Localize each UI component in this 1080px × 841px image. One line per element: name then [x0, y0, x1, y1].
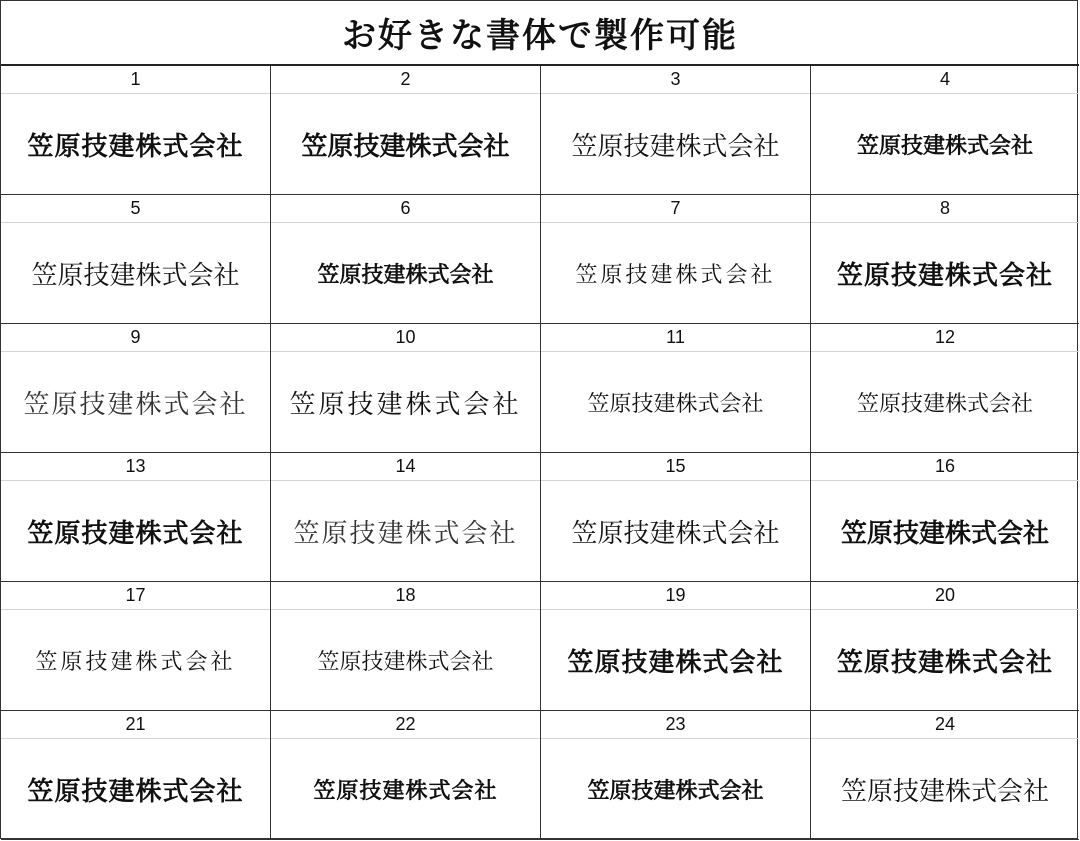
font-sample-cell: 19笠原技建株式会社: [541, 582, 811, 711]
sample-text: 笠原技建株式会社: [1, 739, 270, 839]
font-sample-cell: 3笠原技建株式会社: [541, 66, 811, 195]
font-sample-cell: 12笠原技建株式会社: [811, 324, 1079, 453]
sample-number: 16: [811, 453, 1079, 481]
font-sample-cell: 8笠原技建株式会社: [811, 195, 1079, 324]
sample-number: 17: [1, 582, 270, 610]
sample-number: 4: [811, 66, 1079, 94]
sample-number: 2: [271, 66, 540, 94]
font-sample-cell: 5笠原技建株式会社: [1, 195, 271, 324]
sample-number: 20: [811, 582, 1079, 610]
sample-text: 笠原技建株式会社: [271, 352, 540, 452]
sample-text: 笠原技建株式会社: [271, 223, 540, 323]
sample-text: 笠原技建株式会社: [811, 94, 1079, 194]
sample-number: 10: [271, 324, 540, 352]
font-sample-sheet: お好きな書体で製作可能 1笠原技建株式会社2笠原技建株式会社3笠原技建株式会社4…: [0, 0, 1078, 839]
sample-number: 5: [1, 195, 270, 223]
sample-number: 8: [811, 195, 1079, 223]
font-sample-cell: 22笠原技建株式会社: [271, 711, 541, 840]
sample-text: 笠原技建株式会社: [1, 223, 270, 323]
font-sample-cell: 14笠原技建株式会社: [271, 453, 541, 582]
font-sample-cell: 16笠原技建株式会社: [811, 453, 1079, 582]
sample-text: 笠原技建株式会社: [811, 739, 1079, 839]
font-sample-cell: 18笠原技建株式会社: [271, 582, 541, 711]
title-text: お好きな書体で製作可能: [342, 8, 738, 57]
sample-text: 笠原技建株式会社: [1, 481, 270, 581]
sample-text: 笠原技建株式会社: [811, 481, 1079, 581]
sample-text: 笠原技建株式会社: [271, 739, 540, 839]
font-sample-cell: 9笠原技建株式会社: [1, 324, 271, 453]
sample-number: 6: [271, 195, 540, 223]
font-sample-cell: 23笠原技建株式会社: [541, 711, 811, 840]
font-sample-cell: 21笠原技建株式会社: [1, 711, 271, 840]
sample-text: 笠原技建株式会社: [271, 94, 540, 194]
sample-text: 笠原技建株式会社: [541, 610, 810, 710]
sample-text: 笠原技建株式会社: [811, 610, 1079, 710]
sample-text: 笠原技建株式会社: [811, 352, 1079, 452]
sample-text: 笠原技建株式会社: [1, 352, 270, 452]
sample-number: 13: [1, 453, 270, 481]
sample-text: 笠原技建株式会社: [811, 223, 1079, 323]
font-sample-cell: 6笠原技建株式会社: [271, 195, 541, 324]
sample-text: 笠原技建株式会社: [271, 610, 540, 710]
font-sample-cell: 7笠原技建株式会社: [541, 195, 811, 324]
sample-text: 笠原技建株式会社: [541, 223, 810, 323]
font-sample-cell: 17笠原技建株式会社: [1, 582, 271, 711]
font-sample-grid: 1笠原技建株式会社2笠原技建株式会社3笠原技建株式会社4笠原技建株式会社5笠原技…: [1, 66, 1079, 840]
font-sample-cell: 15笠原技建株式会社: [541, 453, 811, 582]
sample-number: 19: [541, 582, 810, 610]
sample-number: 9: [1, 324, 270, 352]
sample-text: 笠原技建株式会社: [541, 352, 810, 452]
font-sample-cell: 11笠原技建株式会社: [541, 324, 811, 453]
sample-text: 笠原技建株式会社: [541, 94, 810, 194]
font-sample-cell: 20笠原技建株式会社: [811, 582, 1079, 711]
font-sample-cell: 13笠原技建株式会社: [1, 453, 271, 582]
sample-text: 笠原技建株式会社: [1, 94, 270, 194]
sample-number: 15: [541, 453, 810, 481]
sample-number: 24: [811, 711, 1079, 739]
font-sample-cell: 1笠原技建株式会社: [1, 66, 271, 195]
sheet-title: お好きな書体で製作可能: [1, 1, 1079, 66]
sample-text: 笠原技建株式会社: [1, 610, 270, 710]
sample-number: 7: [541, 195, 810, 223]
font-sample-cell: 4笠原技建株式会社: [811, 66, 1079, 195]
sample-number: 12: [811, 324, 1079, 352]
font-sample-cell: 2笠原技建株式会社: [271, 66, 541, 195]
sample-number: 22: [271, 711, 540, 739]
sample-number: 14: [271, 453, 540, 481]
font-sample-cell: 10笠原技建株式会社: [271, 324, 541, 453]
sample-number: 1: [1, 66, 270, 94]
sample-text: 笠原技建株式会社: [541, 739, 810, 839]
sample-number: 23: [541, 711, 810, 739]
sample-number: 11: [541, 324, 810, 352]
font-sample-cell: 24笠原技建株式会社: [811, 711, 1079, 840]
sample-number: 21: [1, 711, 270, 739]
sample-text: 笠原技建株式会社: [271, 481, 540, 581]
sample-text: 笠原技建株式会社: [541, 481, 810, 581]
sample-number: 3: [541, 66, 810, 94]
sample-number: 18: [271, 582, 540, 610]
